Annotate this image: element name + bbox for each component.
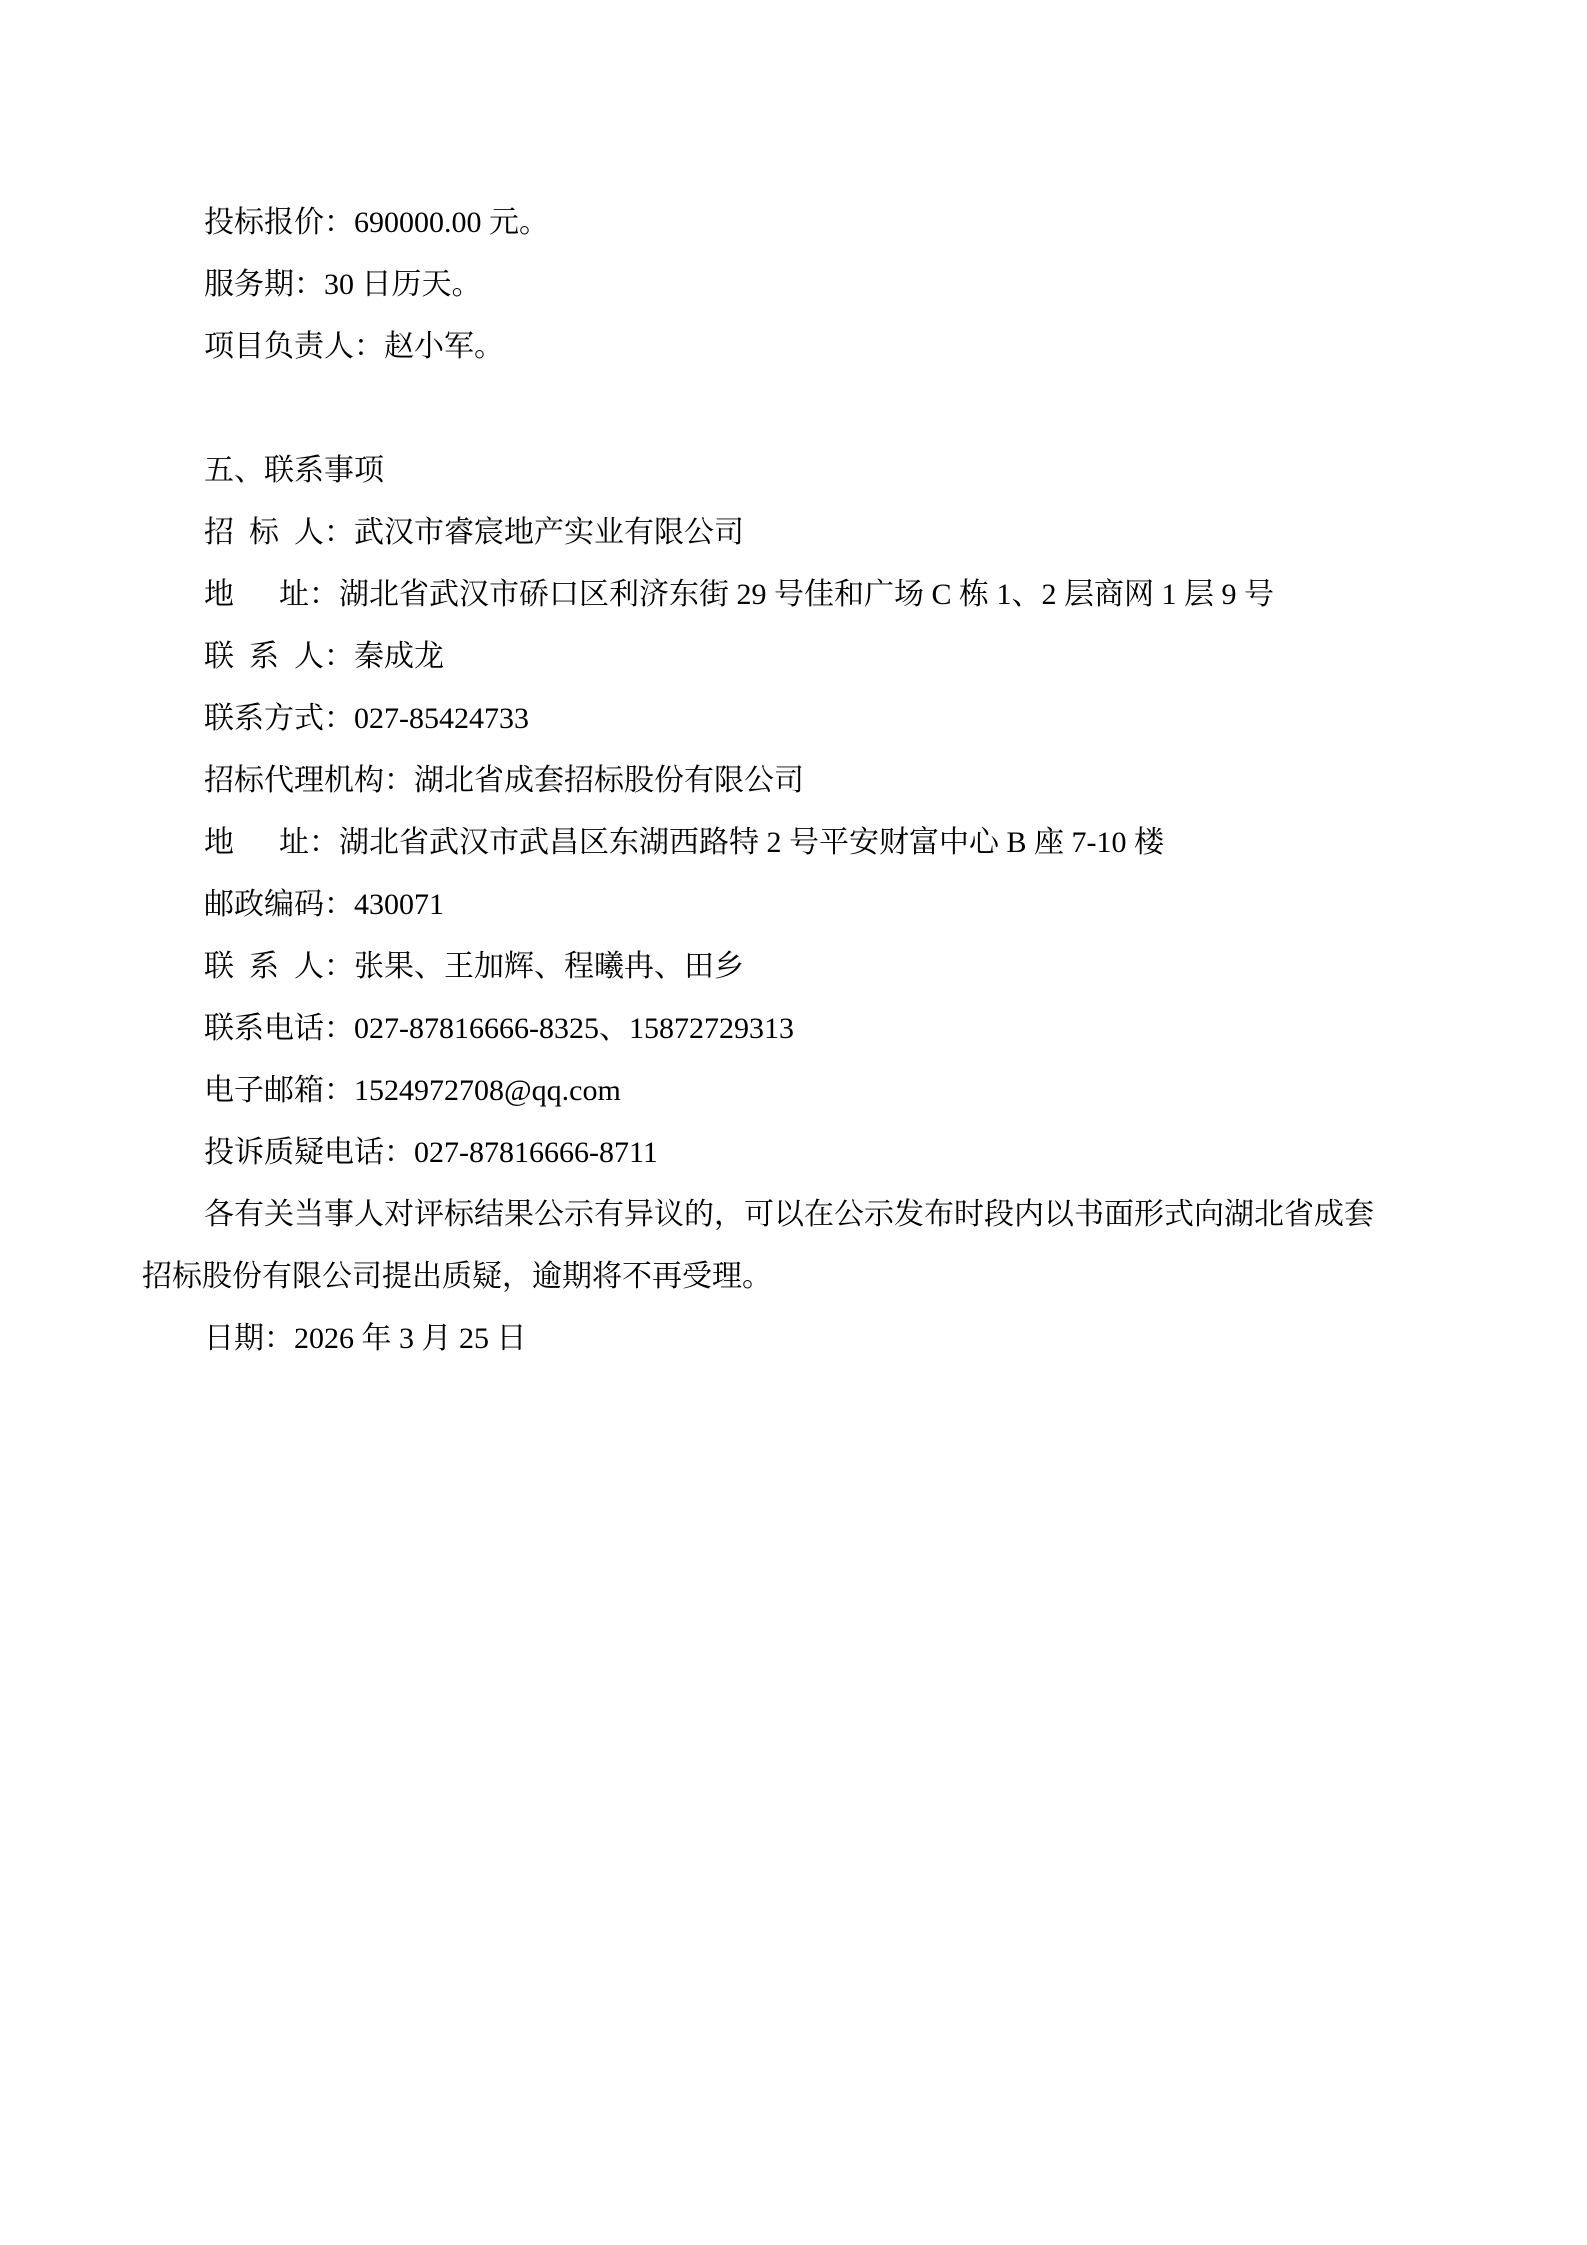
email-line: 电子邮箱：1524972708@qq.com — [142, 1060, 1447, 1122]
blank-line — [142, 378, 1447, 440]
objection-notice-line-1: 各有关当事人对评标结果公示有异议的，可以在公示发布时段内以书面形式向湖北省成套 — [142, 1184, 1447, 1246]
tenderer-phone-line: 联系方式：027-85424733 — [142, 688, 1447, 750]
tenderer-contact-person-line: 联 系 人：秦成龙 — [142, 626, 1447, 688]
agency-contact-persons-line: 联 系 人：张果、王加辉、程曦冉、田乡 — [142, 936, 1447, 998]
agency-line: 招标代理机构：湖北省成套招标股份有限公司 — [142, 750, 1447, 812]
postal-code-line: 邮政编码：430071 — [142, 874, 1447, 936]
complaint-phone-line: 投诉质疑电话：027-87816666-8711 — [142, 1122, 1447, 1184]
agency-phone-line: 联系电话：027-87816666-8325、15872729313 — [142, 998, 1447, 1060]
bid-price-line: 投标报价：690000.00 元。 — [142, 192, 1447, 254]
agency-address-line: 地 址：湖北省武汉市武昌区东湖西路特 2 号平安财富中心 B 座 7-10 楼 — [142, 812, 1447, 874]
tenderer-line: 招 标 人：武汉市睿宸地产实业有限公司 — [142, 502, 1447, 564]
service-period-line: 服务期：30 日历天。 — [142, 254, 1447, 316]
project-manager-line: 项目负责人：赵小军。 — [142, 316, 1447, 378]
tenderer-address-line: 地 址：湖北省武汉市硚口区利济东街 29 号佳和广场 C 栋 1、2 层商网 1… — [142, 564, 1447, 626]
contact-section-heading: 五、联系事项 — [142, 440, 1447, 502]
objection-notice-line-2: 招标股份有限公司提出质疑，逾期将不再受理。 — [142, 1246, 1447, 1308]
date-line: 日期：2026 年 3 月 25 日 — [142, 1308, 1447, 1370]
document-page: 投标报价：690000.00 元。 服务期：30 日历天。 项目负责人：赵小军。… — [0, 0, 1587, 2245]
